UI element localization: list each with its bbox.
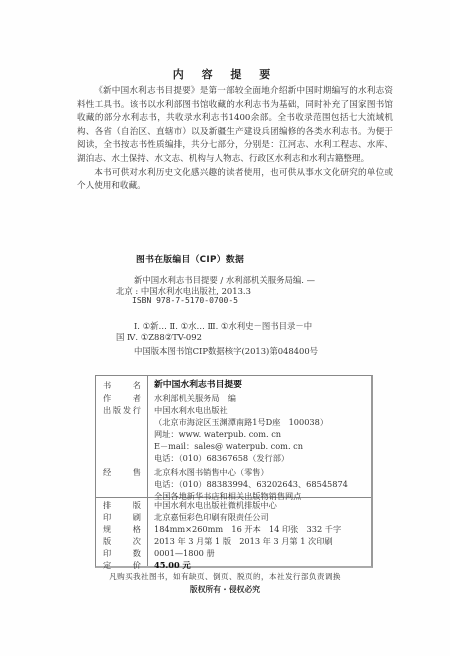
cip-classification: Ⅰ. ①新… Ⅱ. ①水… Ⅲ. ①水利史－图书目录－中 国 Ⅳ. ①Z88②T… <box>116 321 376 343</box>
info-row: 印数0001—1800 册 <box>96 547 371 559</box>
copyright-page: 内 容 提 要 《新中国水利志书目提要》是第一部较全面地介绍新中国时期编写的水利… <box>0 0 450 656</box>
label-char: 印 <box>103 547 111 559</box>
info-row-label: 版次 <box>103 535 141 547</box>
label-char: 书 <box>103 379 111 391</box>
label-char: 格 <box>133 523 141 535</box>
info-row-label: 印刷 <box>103 511 141 523</box>
info-row: （北京市海淀区玉渊潭南路1号D座 100038） <box>96 416 371 428</box>
label-char: 经 <box>103 466 111 478</box>
cip-title: 图书在版编目（CIP）数据 <box>136 252 244 265</box>
label-char: 作 <box>103 392 111 404</box>
info-row-value: 北京嘉恒彩色印刷有限责任公司 <box>154 511 269 523</box>
summary-title: 内 容 提 要 <box>0 66 450 82</box>
cip-record: 新中国水利志书目提要 / 水利部机关服务局编. — 北京 : 中国水利水电出版社… <box>116 275 376 307</box>
label-char: 出 <box>103 404 111 416</box>
info-row-label: 定价 <box>103 559 141 571</box>
info-row-value: 电话：（010）88383994、63202643、68545874 <box>154 478 348 490</box>
cip-line-publisher: 北京 : 中国水利水电出版社, 2013.3 <box>116 286 376 297</box>
label-char: 版 <box>113 404 121 416</box>
info-row-label: 出版发行 <box>103 404 141 416</box>
label-char: 发 <box>123 404 131 416</box>
info-row: 电话：（010）68367658（发行部） <box>96 452 371 464</box>
info-row-value: E－mail：sales@ waterpub. com. cn <box>154 440 303 452</box>
info-row-value: 网址：www. waterpub. com. cn <box>154 428 281 440</box>
info-row: 印刷北京嘉恒彩色印刷有限责任公司 <box>96 511 371 523</box>
label-char: 售 <box>133 466 141 478</box>
summary-body: 《新中国水利志书目提要》是第一部较全面地介绍新中国时期编写的水利志资料性工具书。… <box>77 85 393 194</box>
label-char: 行 <box>133 404 141 416</box>
info-row: 规格184mm×260mm 16 开本 14 印张 332 千字 <box>96 523 371 535</box>
info-row-value: 中国水利水电出版社微机排版中心 <box>154 499 277 511</box>
info-row-value: 0001—1800 册 <box>154 547 215 559</box>
summary-paragraph-2: 本书可供对水利历史文化感兴趣的读者使用，也可供从事水文化研究的单位或个人使用和收… <box>77 167 393 194</box>
info-row-label: 规格 <box>103 523 141 535</box>
cip-class-line-2: 国 Ⅳ. ①Z88②TV-092 <box>116 332 376 343</box>
info-row: 定价45.00 元 <box>96 559 371 571</box>
info-row-value: 水利部机关服务局 编 <box>154 392 236 404</box>
summary-paragraph-1: 《新中国水利志书目提要》是第一部较全面地介绍新中国时期编写的水利志资料性工具书。… <box>77 85 393 167</box>
cip-line-title: 新中国水利志书目提要 / 水利部机关服务局编. — <box>116 275 376 286</box>
label-char: 印 <box>103 511 111 523</box>
info-row-label: 印数 <box>103 547 141 559</box>
info-row-label: 作者 <box>103 392 141 404</box>
label-char: 版 <box>133 499 141 511</box>
info-row: 书名新中国水利志书目提要 <box>96 379 371 391</box>
label-char: 版 <box>103 535 111 547</box>
info-row-value: 北京科水图书销售中心（零售） <box>154 466 269 478</box>
info-row-value: 新中国水利志书目提要 <box>154 379 242 391</box>
info-row-label: 排版 <box>103 499 141 511</box>
info-row: 作者水利部机关服务局 编 <box>96 392 371 404</box>
info-row-value: 184mm×260mm 16 开本 14 印张 332 千字 <box>154 523 341 535</box>
info-row-label: 经售 <box>103 466 141 478</box>
info-row: 网址：www. waterpub. com. cn <box>96 428 371 440</box>
info-row: 排版中国水利水电出版社微机排版中心 <box>96 499 371 511</box>
publication-info-table: 书名新中国水利志书目提要作者水利部机关服务局 编出版发行中国水利水电出版社（北京… <box>95 375 373 568</box>
label-char: 定 <box>103 559 111 571</box>
replacement-notice: 凡购买我社图书，如有缺页、倒页、脱页的，本社发行部负责调换 <box>0 571 450 582</box>
copyright-notice: 版权所有・侵权必究 <box>0 584 450 595</box>
label-char: 价 <box>133 559 141 571</box>
info-row-value: 中国水利水电出版社 <box>154 404 228 416</box>
info-row: 电话：（010）88383994、63202643、68545874 <box>96 478 371 490</box>
info-row: 出版发行中国水利水电出版社 <box>96 404 371 416</box>
info-row-value: 45.00 元 <box>154 559 191 571</box>
label-char: 数 <box>133 547 141 559</box>
cip-line-isbn: ISBN 978-7-5170-0700-5 <box>116 296 376 307</box>
info-row: 经售北京科水图书销售中心（零售） <box>96 466 371 478</box>
label-char: 名 <box>133 379 141 391</box>
label-char: 者 <box>133 392 141 404</box>
info-row-value: 电话：（010）68367658（发行部） <box>154 452 289 464</box>
label-char: 刷 <box>133 511 141 523</box>
info-row-value: （北京市海淀区玉渊潭南路1号D座 100038） <box>154 416 328 428</box>
label-char: 次 <box>133 535 141 547</box>
info-row: 版次2013 年 3 月第 1 版 2013 年 3 月第 1 次印刷 <box>96 535 371 547</box>
cip-class-line-1: Ⅰ. ①新… Ⅱ. ①水… Ⅲ. ①水利史－图书目录－中 <box>116 321 376 332</box>
info-row-value: 2013 年 3 月第 1 版 2013 年 3 月第 1 次印刷 <box>154 535 333 547</box>
label-char: 排 <box>103 499 111 511</box>
cip-number: 中国版本图书馆CIP数据核字(2013)第048400号 <box>134 345 318 357</box>
info-row-label: 书名 <box>103 379 141 391</box>
info-row: E－mail：sales@ waterpub. com. cn <box>96 440 371 452</box>
label-char: 规 <box>103 523 111 535</box>
